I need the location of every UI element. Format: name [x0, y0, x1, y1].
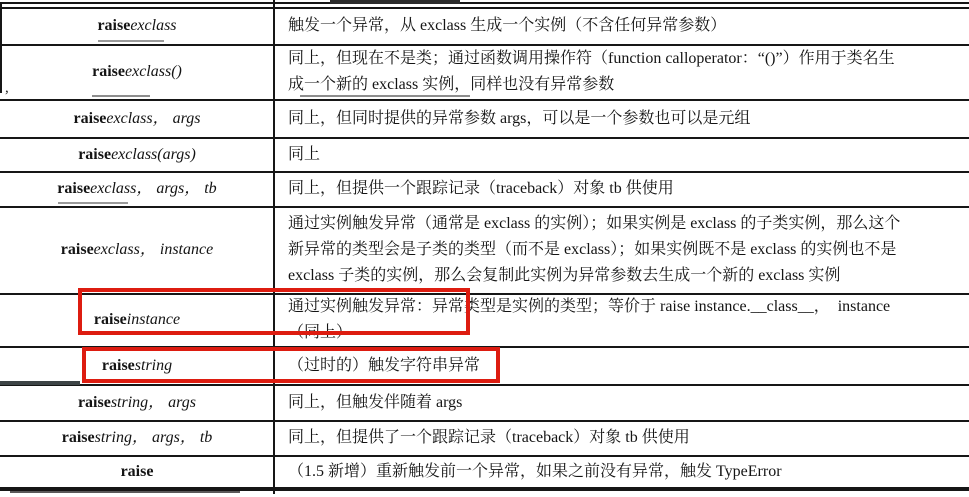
table-row-raise-string-args-tb: raise string， args， tb 同上，但提供了一个跟踪记录（tra…: [0, 423, 969, 453]
row-divider-line: [0, 384, 969, 386]
raise-args: exclass， args: [106, 109, 200, 129]
row-divider-line: [0, 420, 969, 422]
description-cell: 同上，但触发伴随着 args: [274, 387, 969, 418]
table-row-raise-exclass-args: raise exclass， args 同上，但同时提供的异常参数 args，可…: [0, 102, 969, 135]
raise-form-cell: raise string， args， tb: [0, 423, 274, 453]
raise-form-cell: raise exclass， instance: [0, 209, 274, 291]
row-divider-line: [0, 137, 969, 139]
annotation-box-raise-string: [82, 347, 500, 383]
table-row-raise-string-args: raise string， args 同上，但触发伴随着 args: [0, 387, 969, 418]
raise-form-cell: raise exclass， args: [0, 102, 274, 135]
raise-keyword: raise: [57, 179, 90, 199]
row-divider-line: [0, 171, 969, 173]
annotation-box-raise-instance: [78, 288, 470, 335]
description-cell: 同上: [274, 140, 969, 169]
raise-keyword: raise: [61, 240, 94, 260]
table-row-raise-exclass: raise exclass 触发一个异常，从 exclass 生成一个实例（不含…: [0, 9, 969, 43]
table-row-raise-exclass-args-call: raise exclass(args) 同上: [0, 140, 969, 169]
row-divider-line: [0, 206, 969, 208]
table-row-raise-exclass-instance: raise exclass， instance 通过实例触发异常（通常是 exc…: [0, 209, 969, 291]
description-cell: 触发一个异常，从 exclass 生成一个实例（不含任何异常参数）: [274, 9, 969, 43]
scanned-table-page: , raise exclass 触发一个异常，从 exclass 生成一个实例（…: [0, 0, 969, 497]
description-cell: 同上，但提供一个跟踪记录（traceback）对象 tb 供使用: [274, 174, 969, 204]
raise-args: string， args， tb: [95, 428, 213, 448]
table-top-border-line: [0, 2, 969, 4]
row-divider-line: [0, 99, 969, 101]
raise-args: exclass， instance: [94, 240, 214, 260]
scan-smudge: [10, 491, 240, 493]
raise-keyword: raise: [121, 462, 154, 482]
raise-form-cell: raise exclass(args): [0, 140, 274, 169]
table-row-raise: raise （1.5 新增）重新触发前一个异常，如果之前没有异常，触发 Type…: [0, 458, 969, 485]
description-cell: 同上，但现在不是类；通过函数调用操作符（function calloperato…: [274, 47, 969, 97]
raise-keyword: raise: [97, 16, 130, 36]
raise-form-cell: raise exclass， args， tb: [0, 174, 274, 204]
scan-smudge: [330, 0, 460, 4]
raise-keyword: raise: [78, 145, 111, 165]
raise-keyword: raise: [92, 62, 125, 82]
table-row-raise-exclass-args-tb: raise exclass， args， tb 同上，但提供一个跟踪记录（tra…: [0, 174, 969, 204]
raise-form-cell: raise exclass(): [0, 47, 274, 97]
raise-args: exclass(): [125, 62, 182, 82]
raise-keyword: raise: [74, 109, 107, 129]
raise-keyword: raise: [78, 393, 111, 413]
raise-form-cell: raise exclass: [0, 9, 274, 43]
description-cell: 同上，但提供了一个跟踪记录（traceback）对象 tb 供使用: [274, 423, 969, 453]
raise-args: exclass(args): [111, 145, 196, 165]
description-cell: 通过实例触发异常（通常是 exclass 的实例）；如果实例是 exclass …: [274, 209, 969, 291]
raise-keyword: raise: [62, 428, 95, 448]
raise-form-cell: raise string， args: [0, 387, 274, 418]
raise-args: exclass， args， tb: [90, 179, 217, 199]
description-cell: （1.5 新增）重新触发前一个异常，如果之前没有异常，触发 TypeError: [274, 458, 969, 485]
raise-form-cell: raise: [0, 458, 274, 485]
raise-args: exclass: [130, 16, 176, 36]
table-row-raise-exclass-call: raise exclass() 同上，但现在不是类；通过函数调用操作符（func…: [0, 47, 969, 97]
description-cell: 同上，但同时提供的异常参数 args，可以是一个参数也可以是元组: [274, 102, 969, 135]
row-divider-line: [0, 455, 969, 457]
raise-args: string， args: [111, 393, 196, 413]
